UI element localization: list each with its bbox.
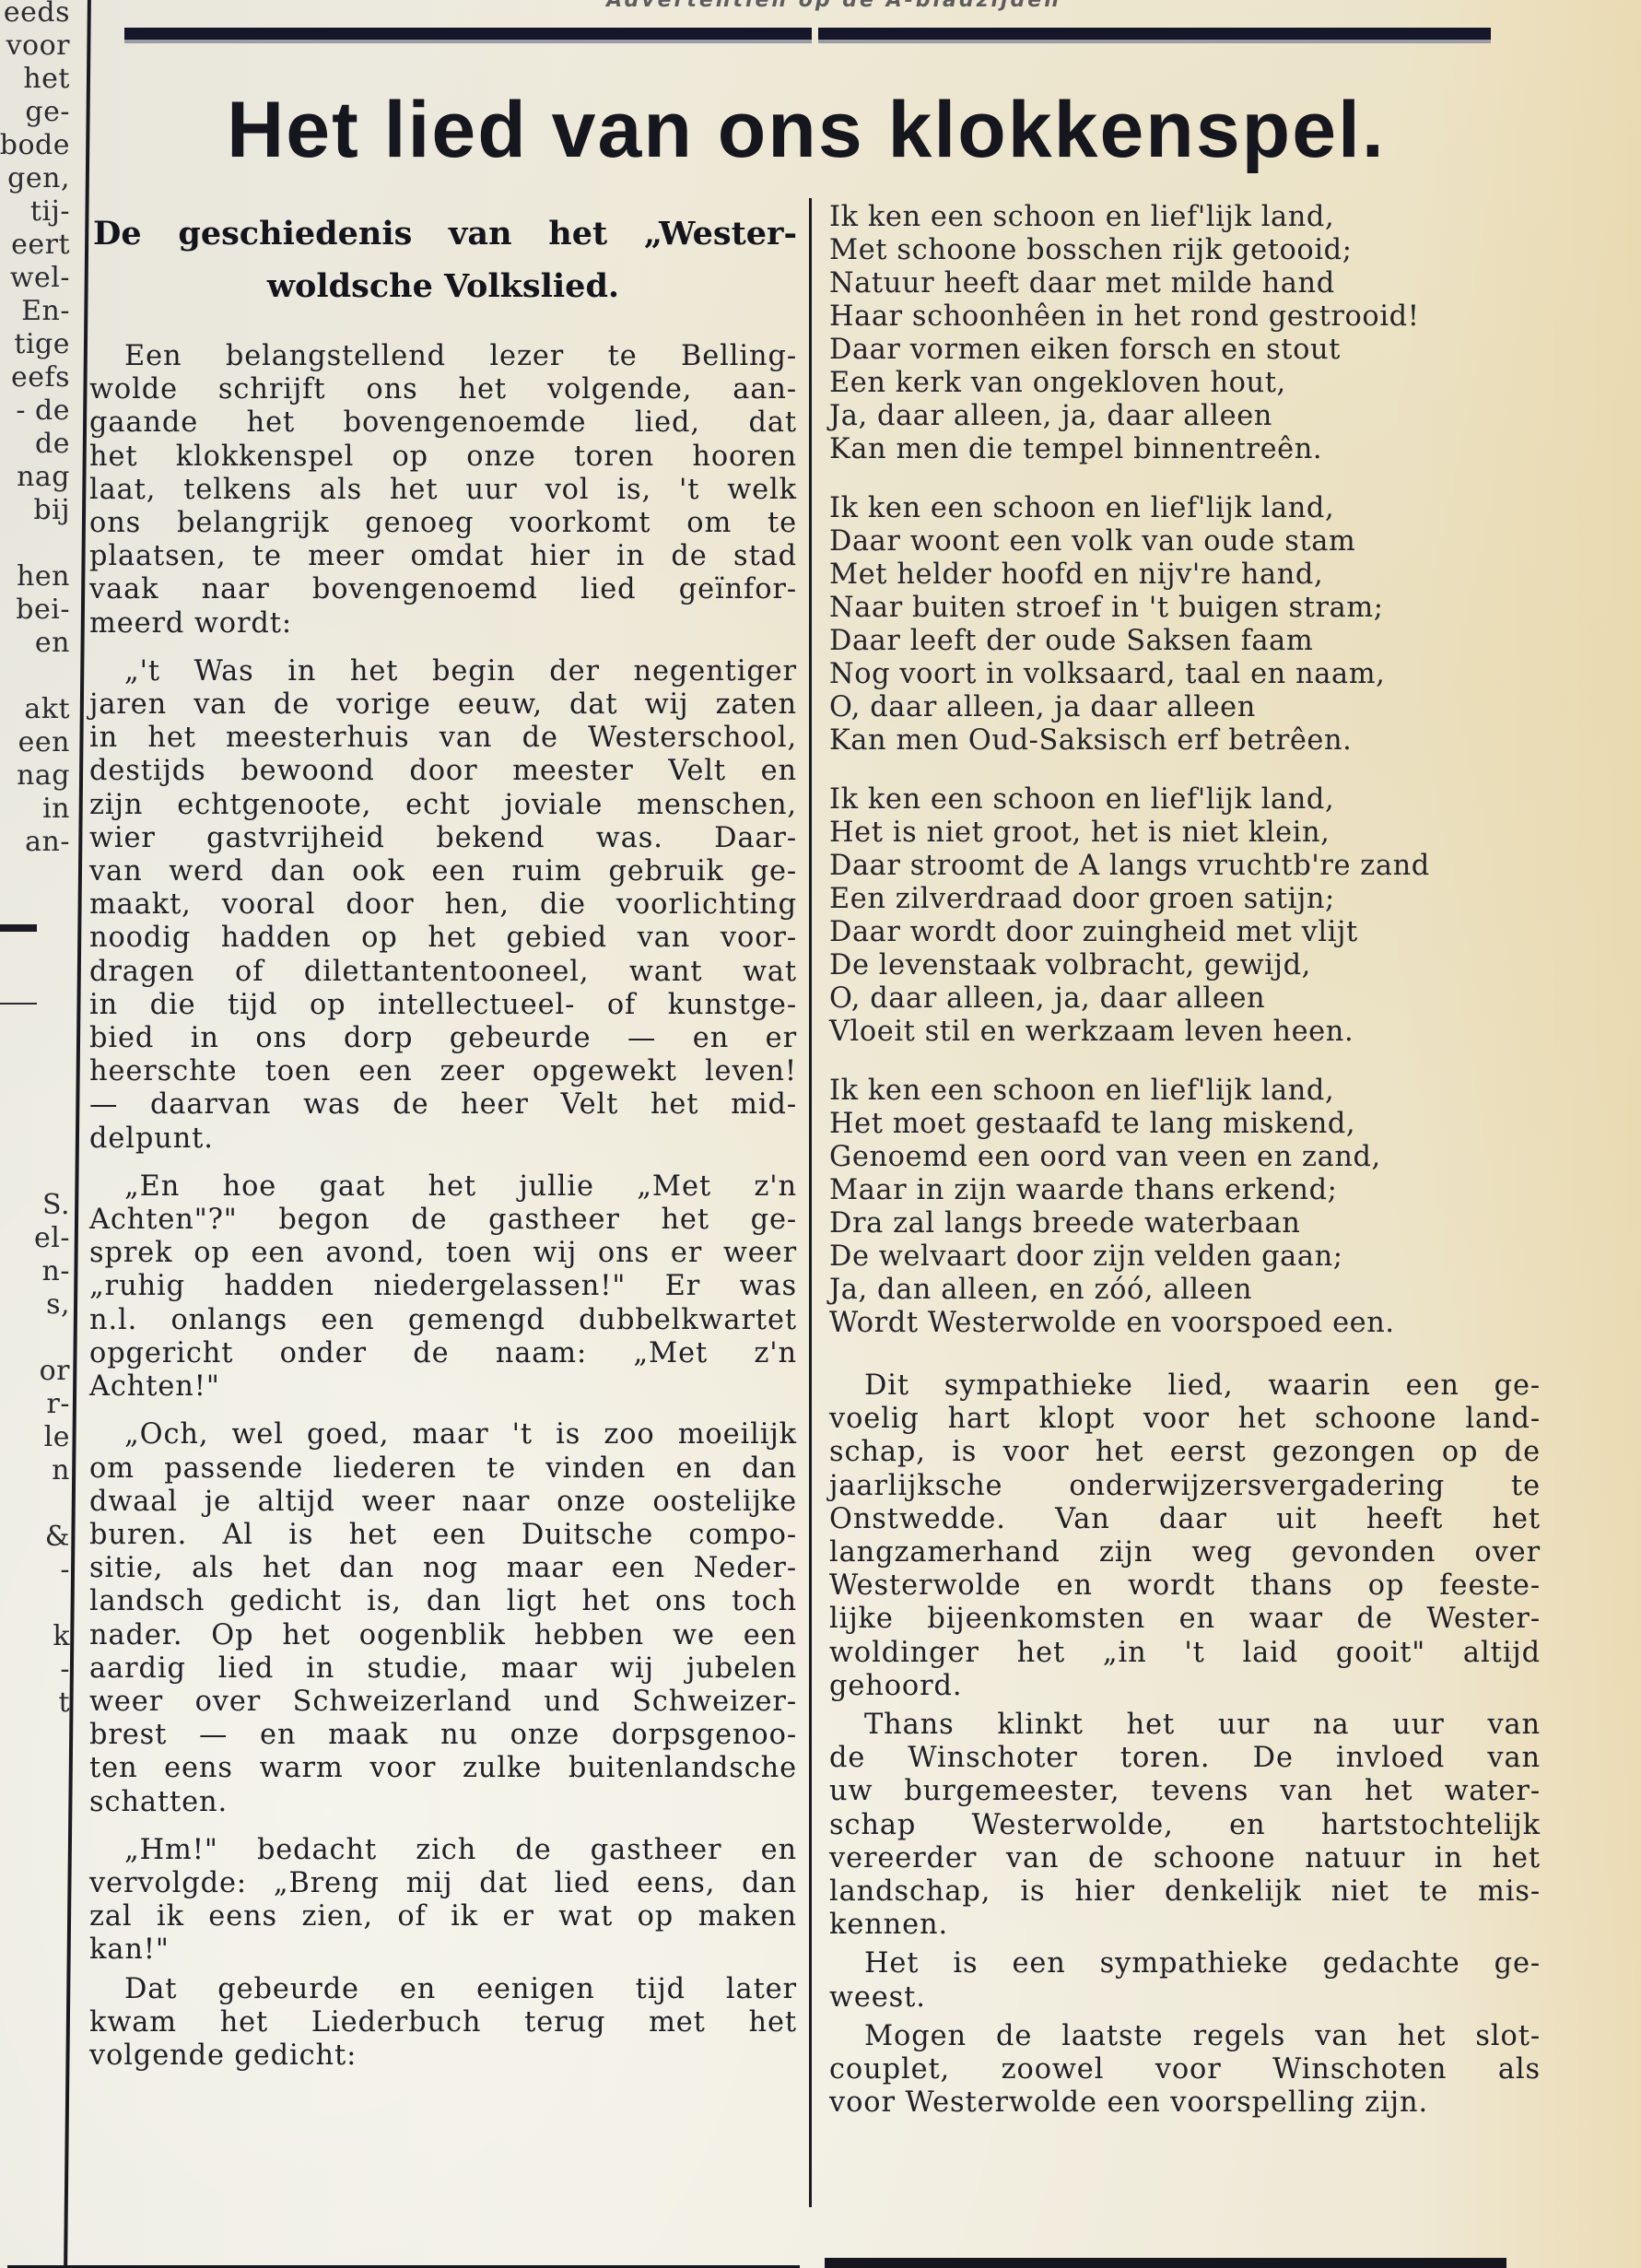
poem-verse: Daar vormen eiken forsch en stout	[829, 334, 1539, 367]
poem-verse: Een kerk van ongekloven hout,	[829, 367, 1539, 400]
text-line: vereerder van de schoone natuur in het	[829, 1842, 1541, 1875]
poem-verse: Ik ken een schoon en lief'lijk land,	[829, 1075, 1539, 1108]
poem-verse: Ja, dan alleen, en zóó, alleen	[829, 1274, 1539, 1307]
margin-fragment: bei-	[16, 593, 70, 627]
text-line: gehoord.	[829, 1670, 1541, 1703]
newspaper-page: eedsvoorhetge-bodegen,tij-eertwel-En-tig…	[0, 0, 1641, 2268]
column-rule-center	[809, 198, 812, 2207]
poem-stanza: Ik ken een schoon en lief'lijk land,Daar…	[829, 492, 1539, 758]
text-line: van werd dan ook een ruim gebruik ge-	[89, 855, 797, 888]
text-line: — daarvan was de heer Velt het mid-	[89, 1088, 797, 1122]
text-line: ten eens warm voor zulke buitenlandsche	[89, 1752, 797, 1785]
text-line: dragen of dilettantentooneel, want wat	[89, 956, 797, 989]
poem-verse: Nog voort in volksaard, taal en naam,	[829, 658, 1539, 691]
poem-verse: Ik ken een schoon en lief'lijk land,	[829, 783, 1539, 817]
poem-verse: Ik ken een schoon en lief'lijk land,	[829, 492, 1539, 525]
text-line: sprek op een avond, toen wij ons er weer	[89, 1237, 797, 1270]
text-line: gaande het bovengenoemde lied, dat	[89, 406, 797, 440]
margin-fragment: nag	[17, 759, 70, 793]
text-line: lijke bijeenkomsten en waar de Wester-	[829, 1603, 1541, 1636]
paragraph: Thans klinkt het uur na uur vande Winsch…	[829, 1709, 1541, 1942]
poem-verse: Kan men die tempel binnentreên.	[829, 433, 1539, 466]
margin-fragment: eert	[11, 229, 70, 262]
running-head: Advertentiën op de A-bladzijden	[350, 0, 1318, 12]
text-line: schap Westerwolde, en hartstochtelijk	[829, 1809, 1541, 1842]
poem-verse: Met helder hoofd en nijv're hand,	[829, 558, 1539, 592]
article-body-left: Een belangstellend lezer te Belling-wold…	[89, 340, 797, 2073]
margin-fragment: hen	[17, 560, 70, 593]
text-line: kan!"	[89, 1933, 797, 1967]
text-line: couplet, zoowel voor Winschoten als	[829, 2053, 1541, 2086]
margin-fragment: an-	[25, 826, 70, 859]
text-line: „En hoe gaat het jullie „Met z'n	[89, 1170, 797, 1204]
text-line: Onstwedde. Van daar uit heeft het	[829, 1503, 1541, 1536]
subhead-line-1: De geschiedenis van het „Wester-	[89, 207, 797, 260]
poem-verse: Daar woont een volk van oude stam	[829, 525, 1539, 558]
text-line: Westerwolde en wordt thans op feeste-	[829, 1569, 1541, 1603]
paragraph: „En hoe gaat het jullie „Met z'nAchten"?…	[89, 1170, 797, 1404]
poem-verse: Daar wordt door zuingheid met vlijt	[829, 916, 1539, 949]
article-left-column: De geschiedenis van het „Wester- woldsch…	[89, 207, 797, 2073]
text-line: Dat gebeurde en eenigen tijd later	[89, 1973, 797, 2006]
text-line: kennen.	[829, 1909, 1541, 1942]
article-right-column: Ik ken een schoon en lief'lijk land,Met …	[829, 201, 1539, 2120]
poem-verse: De levenstaak volbracht, gewijd,	[829, 949, 1539, 982]
text-line: de Winschoter toren. De invloed van	[829, 1742, 1541, 1775]
previous-column-fragment: eedsvoorhetge-bodegen,tij-eertwel-En-tig…	[0, 0, 74, 2268]
poem-verse: Daar stroomt de A langs vruchtb're zand	[829, 850, 1539, 883]
paragraph: Mogen de laatste regels van het slot-cou…	[829, 2020, 1541, 2121]
text-line: destijds bewoond door meester Velt en	[89, 755, 797, 788]
text-line: ons belangrijk genoeg voorkomt om te	[89, 507, 797, 540]
margin-fragment: in	[42, 793, 70, 826]
text-line: heerschte toen een zeer opgewekt leven!	[89, 1055, 797, 1088]
text-line: wolde schrijft ons het volgende, aan-	[89, 373, 797, 406]
text-line: aardig lied in studie, maar wij jubelen	[89, 1652, 797, 1686]
text-line: n.l. onlangs een gemengd dubbelkwartet	[89, 1304, 797, 1337]
text-line: voor Westerwolde een voorspelling zijn.	[829, 2086, 1541, 2120]
poem-verse: Met schoone bosschen rijk getooid;	[829, 234, 1539, 267]
text-line: Achten!"	[89, 1370, 797, 1404]
margin-fragment: ge-	[25, 96, 70, 129]
text-line: landsch gedicht is, dan ligt het ons toc…	[89, 1585, 797, 1618]
margin-fragment: tige	[14, 328, 70, 361]
poem-verse: O, daar alleen, ja, daar alleen	[829, 982, 1539, 1016]
poem-verse: Kan men Oud-Saksisch erf betrêen.	[829, 724, 1539, 758]
paragraph: Het is een sympathieke gedachte ge-weest…	[829, 1947, 1541, 2014]
poem-verse: Het is niet groot, het is niet klein,	[829, 817, 1539, 850]
poem-verse: Een zilverdraad door groen satijn;	[829, 883, 1539, 916]
top-rule-right	[818, 28, 1491, 43]
poem-verse: Ja, daar alleen, ja, daar alleen	[829, 400, 1539, 433]
margin-fragment: voor	[6, 29, 70, 63]
poem-verse: Dra zal langs breede waterbaan	[829, 1207, 1539, 1240]
margin-fragment: bij	[33, 494, 70, 527]
text-line: Thans klinkt het uur na uur van	[829, 1709, 1541, 1742]
text-line: Mogen de laatste regels van het slot-	[829, 2020, 1541, 2053]
poem-stanza: Ik ken een schoon en lief'lijk land,Met …	[829, 201, 1539, 466]
text-line: Het is een sympathieke gedachte ge-	[829, 1947, 1541, 1980]
margin-fragment: &	[45, 1521, 70, 1554]
text-line: woldinger het „in 't laid gooit" altijd	[829, 1637, 1541, 1670]
text-line: Een belangstellend lezer te Belling-	[89, 340, 797, 373]
text-line: in het meesterhuis van de Westerschool,	[89, 722, 797, 755]
text-line: bied in ons dorp gebeurde — en er	[89, 1022, 797, 1055]
text-line: vaak naar bovengenoemd lied geïnfor-	[89, 573, 797, 606]
text-line: noodig hadden op het gebied van voor-	[89, 922, 797, 955]
margin-fragment: le	[44, 1421, 70, 1454]
text-line: schatten.	[89, 1786, 797, 1819]
text-line: in die tijd op intellectueel- of kunstge…	[89, 989, 797, 1022]
poem-verse: Het moet gestaafd te lang miskend,	[829, 1108, 1539, 1141]
poem-verse: De welvaart door zijn velden gaan;	[829, 1240, 1539, 1274]
poem-verse: Vloeit stil en werkzaam leven heen.	[829, 1016, 1539, 1049]
paragraph: „Hm!" bedacht zich de gastheer envervolg…	[89, 1834, 797, 1968]
text-line: opgericht onder de naam: „Met z'n	[89, 1337, 797, 1370]
text-line: wier gastvrijheid bekend was. Daar-	[89, 822, 797, 855]
text-line: langzamerhand zijn weg gevonden over	[829, 1536, 1541, 1569]
poem-verse: Natuur heeft daar met milde hand	[829, 267, 1539, 300]
poem-verse: Maar in zijn waarde thans erkend;	[829, 1174, 1539, 1207]
poem-verse: Daar leeft der oude Saksen faam	[829, 625, 1539, 658]
margin-fragment: - de	[16, 394, 70, 428]
margin-fragment: een	[18, 726, 70, 759]
article-body-right: Dit sympathieke lied, waarin een ge-voel…	[829, 1369, 1541, 2120]
text-line: volgende gedicht:	[89, 2039, 797, 2073]
margin-fragment: nag	[17, 461, 70, 494]
text-line: uw burgemeester, tevens van het water-	[829, 1775, 1541, 1808]
margin-fragment: gen,	[7, 162, 70, 195]
paragraph: Dat gebeurde en eenigen tijd laterkwam h…	[89, 1973, 797, 2074]
poem-verse: Ik ken een schoon en lief'lijk land,	[829, 201, 1539, 234]
margin-fragment: n	[52, 1454, 70, 1487]
subhead-line-2: woldsche Volkslied.	[89, 260, 797, 312]
margin-fragment: t	[58, 1686, 70, 1720]
text-line: „'t Was in het begin der negentiger	[89, 655, 797, 688]
text-line: het klokkenspel op onze toren hooren	[89, 441, 797, 474]
text-line: Achten"?" begon de gastheer het ge-	[89, 1204, 797, 1237]
margin-fragment: akt	[24, 693, 70, 726]
margin-fragment: eeds	[4, 0, 70, 29]
text-line: sitie, als het dan nog maar een Neder-	[89, 1552, 797, 1585]
margin-fragment: en	[35, 627, 70, 660]
poem: Ik ken een schoon en lief'lijk land,Met …	[829, 201, 1539, 1340]
text-line: nader. Op het oogenblik hebben we een	[89, 1619, 797, 1652]
text-line: „ruhig hadden niedergelassen!" Er was	[89, 1270, 797, 1303]
text-line: jaren van de vorige eeuw, dat wij zaten	[89, 688, 797, 722]
text-line: zijn echtgenoote, echt joviale menschen,	[89, 789, 797, 822]
margin-fragment: de	[35, 428, 70, 461]
text-line: kwam het Liederbuch terug met het	[89, 2006, 797, 2039]
poem-stanza: Ik ken een schoon en lief'lijk land,Het …	[829, 783, 1539, 1049]
margin-fragment: het	[23, 63, 70, 96]
poem-verse: Haar schoonhêen in het rond gestrooid!	[829, 300, 1539, 334]
text-line: landschap, is hier denkelijk niet te mis…	[829, 1875, 1541, 1909]
text-line: voelig hart klopt voor het schoone land-	[829, 1403, 1541, 1436]
paragraph: „'t Was in het begin der negentigerjaren…	[89, 655, 797, 1156]
text-line: plaatsen, te meer omdat hier in de stad	[89, 540, 797, 573]
margin-fragment: -	[60, 1554, 70, 1587]
margin-fragment: -	[60, 1653, 70, 1686]
text-line: vervolgde: „Breng mij dat lied eens, dan	[89, 1867, 797, 1900]
text-line: zal ik eens zien, of ik er wat op maken	[89, 1900, 797, 1933]
bottom-rule-right	[825, 2258, 1506, 2268]
poem-verse: Genoemd een oord van veen en zand,	[829, 1141, 1539, 1174]
margin-fragment: tij-	[30, 195, 70, 229]
poem-verse: O, daar alleen, ja daar alleen	[829, 691, 1539, 724]
margin-fragment: bode	[0, 129, 70, 162]
margin-fragment: el-	[34, 1222, 70, 1255]
text-line: „Hm!" bedacht zich de gastheer en	[89, 1834, 797, 1867]
text-line: om passende liederen te vinden en dan	[89, 1452, 797, 1486]
margin-fragment: En-	[21, 295, 70, 328]
poem-stanza: Ik ken een schoon en lief'lijk land,Het …	[829, 1075, 1539, 1340]
margin-fragment: wel-	[10, 262, 70, 295]
margin-fragment: k	[53, 1620, 70, 1653]
text-line: jaarlijksche onderwijzersvergadering te	[829, 1470, 1541, 1503]
text-line: weest.	[829, 1981, 1541, 2015]
margin-fragment: eefs	[11, 361, 70, 394]
text-line: maakt, vooral door hen, die voorlichting	[89, 888, 797, 922]
paragraph: Een belangstellend lezer te Belling-wold…	[89, 340, 797, 640]
text-line: delpunt.	[89, 1122, 797, 1156]
margin-divider-rule	[0, 924, 37, 932]
margin-fragment: n-	[42, 1255, 70, 1288]
margin-fragment: or	[40, 1355, 70, 1388]
article-subhead: De geschiedenis van het „Wester- woldsch…	[89, 207, 797, 312]
text-line: Dit sympathieke lied, waarin een ge-	[829, 1369, 1541, 1403]
text-line: meerd wordt:	[89, 607, 797, 640]
margin-thin-rule	[0, 1003, 37, 1005]
poem-verse: Naar buiten stroef in 't buigen stram;	[829, 592, 1539, 625]
top-rule-left	[124, 28, 812, 43]
paragraph: „Och, wel goed, maar 't is zoo moeilijko…	[89, 1418, 797, 1818]
text-line: „Och, wel goed, maar 't is zoo moeilijk	[89, 1418, 797, 1451]
text-line: buren. Al is het een Duitsche compo-	[89, 1519, 797, 1552]
poem-verse: Wordt Westerwolde en voorspoed een.	[829, 1307, 1539, 1340]
paragraph: Dit sympathieke lied, waarin een ge-voel…	[829, 1369, 1541, 1703]
margin-fragment: S.	[42, 1189, 70, 1222]
text-line: schap, is voor het eerst gezongen op de	[829, 1436, 1541, 1469]
text-line: weer over Schweizerland und Schweizer-	[89, 1686, 797, 1719]
text-line: laat, telkens als het uur vol is, 't wel…	[89, 474, 797, 507]
text-line: dwaal je altijd weer naar onze oostelijk…	[89, 1486, 797, 1519]
article-headline: Het lied van ons klokkenspel.	[138, 85, 1474, 176]
margin-fragment: s,	[46, 1288, 70, 1322]
margin-fragment: r-	[47, 1388, 70, 1421]
text-line: brest — en maak nu onze dorpsgenoo-	[89, 1719, 797, 1752]
